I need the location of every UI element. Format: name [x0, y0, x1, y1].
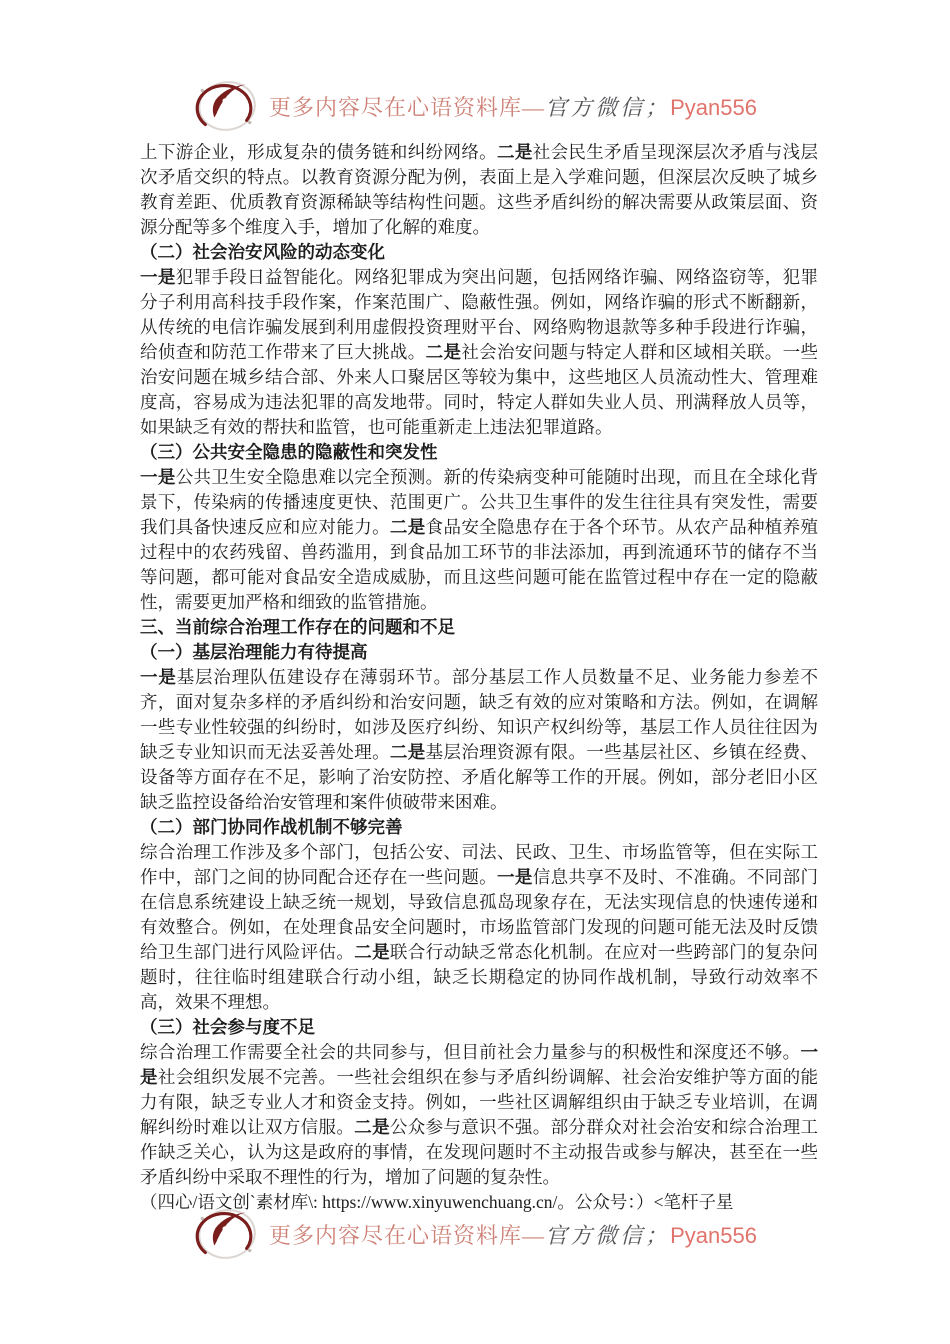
bold-text-run: （三）社会参与度不足 — [140, 1017, 315, 1037]
bold-text-run: 一是 — [140, 267, 176, 287]
bold-text-run: 二是 — [497, 142, 533, 162]
brand-text: 更多内容尽在心语资料库— — [269, 1223, 545, 1248]
header-banner: 更多内容尽在心语资料库—官方微信；Pyan556 — [0, 78, 950, 134]
paragraph: 上下游企业，形成复杂的债务链和纠纷网络。二是社会民生矛盾呈现深层次矛盾与浅层次矛… — [140, 140, 818, 240]
bold-text-run: 一是 — [497, 867, 533, 887]
pen-nib-logo-icon — [193, 78, 259, 134]
text-run: 上下游企业，形成复杂的债务链和纠纷网络。 — [140, 142, 497, 162]
bold-text-run: 二是 — [390, 742, 426, 762]
document-page: 更多内容尽在心语资料库—官方微信；Pyan556 上下游企业，形成复杂的债务链和… — [0, 0, 950, 1344]
header-banner-text: 更多内容尽在心语资料库—官方微信；Pyan556 — [269, 91, 757, 122]
bold-text-run: （三）公共安全隐患的隐蔽性和突发性 — [140, 442, 438, 462]
section-heading: （三）公共安全隐患的隐蔽性和突发性 — [140, 440, 818, 465]
paragraph: 一是公共卫生安全隐患难以完全预测。新的传染病变种可能随时出现，而且在全球化背景下… — [140, 465, 818, 615]
paragraph: 一是犯罪手段日益智能化。网络犯罪成为突出问题，包括网络诈骗、网络盗窃等，犯罪分子… — [140, 265, 818, 440]
bold-text-run: 二是 — [354, 942, 390, 962]
bold-text-run: 二是 — [426, 342, 462, 362]
wechat-account-id: Pyan556 — [670, 1223, 757, 1248]
paragraph: 一是基层治理队伍建设存在薄弱环节。部分基层工作人员数量不足、业务能力参差不齐，面… — [140, 665, 818, 815]
paragraph: 综合治理工作涉及多个部门，包括公安、司法、民政、卫生、市场监管等，但在实际工作中… — [140, 840, 818, 1015]
bold-text-run: 二是 — [354, 1117, 390, 1137]
official-wechat-label: 官方微信； — [545, 1223, 670, 1248]
brand-text: 更多内容尽在心语资料库— — [269, 95, 545, 120]
official-wechat-label: 官方微信； — [545, 95, 670, 120]
section-heading: （二）社会治安风险的动态变化 — [140, 240, 818, 265]
bold-text-run: （二）社会治安风险的动态变化 — [140, 242, 385, 262]
bold-text-run: 一是 — [140, 467, 176, 487]
footer-banner: 更多内容尽在心语资料库—官方微信；Pyan556 — [0, 1206, 950, 1262]
wechat-account-id: Pyan556 — [670, 95, 757, 120]
bold-text-run: （一）基层治理能力有待提高 — [140, 642, 368, 662]
bold-text-run: 三、当前综合治理工作存在的问题和不足 — [140, 617, 455, 637]
bold-text-run: （二）部门协同作战机制不够完善 — [140, 817, 403, 837]
bold-text-run: 二是 — [390, 517, 426, 537]
section-heading: （二）部门协同作战机制不够完善 — [140, 815, 818, 840]
document-body: 上下游企业，形成复杂的债务链和纠纷网络。二是社会民生矛盾呈现深层次矛盾与浅层次矛… — [140, 140, 818, 1215]
footer-banner-text: 更多内容尽在心语资料库—官方微信；Pyan556 — [269, 1219, 757, 1250]
bold-text-run: 一是 — [140, 667, 177, 687]
section-heading: 三、当前综合治理工作存在的问题和不足 — [140, 615, 818, 640]
section-heading: （一）基层治理能力有待提高 — [140, 640, 818, 665]
section-heading: （三）社会参与度不足 — [140, 1015, 818, 1040]
paragraph: 综合治理工作需要全社会的共同参与，但目前社会力量参与的积极性和深度还不够。一是社… — [140, 1040, 818, 1190]
text-run: 综合治理工作需要全社会的共同参与，但目前社会力量参与的积极性和深度还不够。 — [140, 1042, 801, 1062]
pen-nib-logo-icon — [193, 1206, 259, 1262]
